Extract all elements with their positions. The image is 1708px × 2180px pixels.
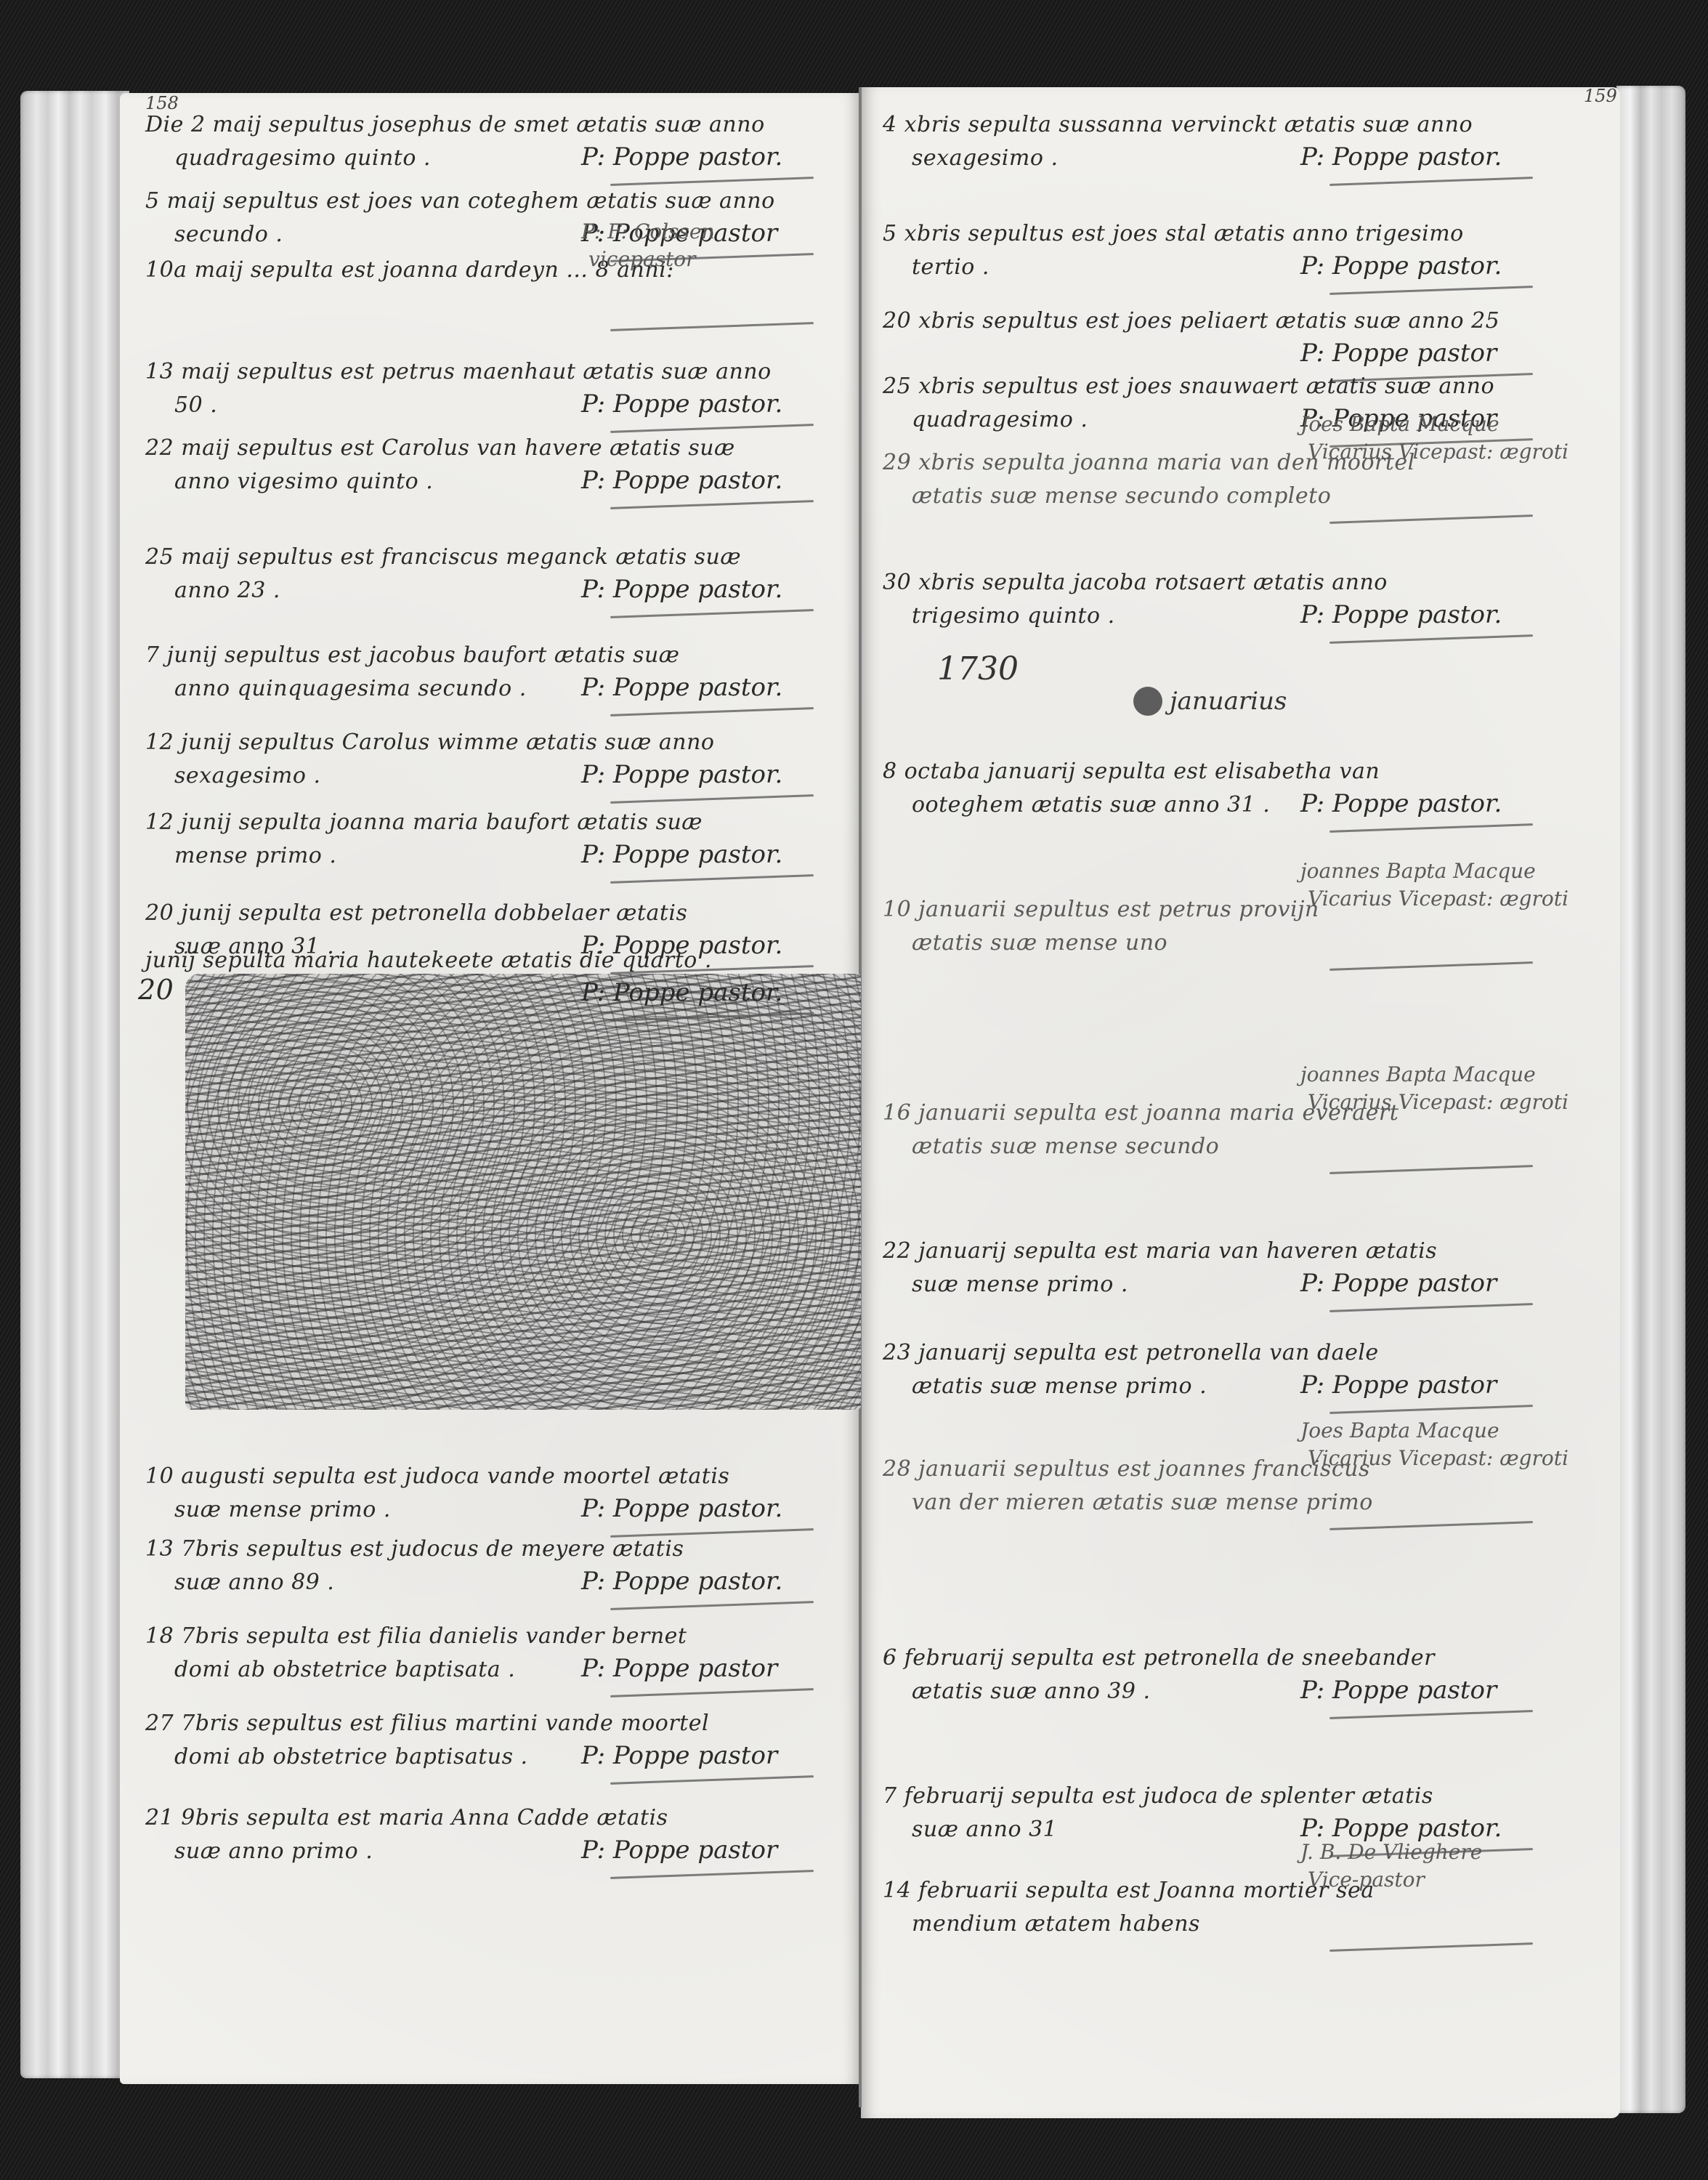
entry-line: ætatis suæ mense secundo [912,1131,1219,1163]
entry-line: 13 7bris sepultus est judocus de meyere … [145,1533,684,1565]
folio-number-right: 159 [1584,86,1617,106]
entry-line: 7 februarij sepulta est judoca de splent… [883,1780,1433,1812]
signature-role: Vicarius Vicepast: ægroti [1308,1445,1569,1472]
entry-line: Die 2 maij sepultus josephus de smet æta… [145,109,765,141]
entry-line: 10 januarii sepultus est petrus provijn [883,894,1319,926]
year-heading: 1730 [937,650,1019,687]
entry-signature: P: Poppe pastor [581,1836,777,1865]
entry-signature: P: Poppe pastor. [581,760,782,789]
crossed-out-entry-block [185,974,861,1410]
month-heading: januarius [1170,687,1287,716]
entry-line: suæ anno 31 [912,1814,1057,1846]
entry-line: 5 xbris sepultus est joes stal ætatis an… [883,218,1464,250]
entry-line: trigesimo quinto . [912,600,1115,632]
entry-line: suæ anno primo . [174,1836,373,1868]
entry-signature: P: Poppe pastor. [581,840,782,869]
entry-line: junij sepulta maria hautekeete ætatis di… [145,945,712,977]
entry-line: domi ab obstetrice baptisatus . [174,1741,528,1773]
entry-line: 12 junij sepulta joanna maria baufort æt… [145,807,703,839]
entry-line: ætatis suæ anno 39 . [912,1676,1151,1708]
entry-day-number: 20 [138,974,174,1006]
entry-signature: P: Poppe pastor. [1300,600,1502,629]
entry-signature: P: Poppe pastor. [1300,251,1502,280]
entry-signature: P: Poppe pastor. [581,1567,782,1596]
entry-line: sexagesimo . [912,142,1058,174]
entry-signature: P: Poppe pastor [1300,339,1497,368]
entry-line: 8 octaba januarij sepulta est elisabetha… [883,756,1380,788]
entry-line: 25 maij sepultus est franciscus meganck … [145,541,741,573]
entry-line: ætatis suæ mense uno [912,927,1167,959]
entry-line: 28 januarii sepultus est joannes francis… [883,1453,1370,1485]
entry-signature: joannes Bapta Macque [1300,857,1536,885]
entry-signature: P: Poppe pastor. [581,978,782,1007]
entry-line: 22 maij sepultus est Carolus van havere … [145,432,735,464]
entry-line: 6 februarij sepulta est petronella de sn… [883,1642,1435,1674]
entry-line: mendium ætatem habens [912,1908,1200,1940]
entry-line: quadragesimo . [912,404,1088,436]
entry-line: mense primo . [174,840,336,872]
entry-signature: P: Poppe pastor [1300,1676,1497,1705]
entry-line: 27 7bris sepultus est filius martini van… [145,1708,709,1740]
entry-signature: J. B. De Vlieghere [1300,1838,1482,1866]
entry-signature: P: Poppe pastor. [581,142,782,171]
entry-signature: P: Poppe pastor [1300,1269,1497,1298]
signature-role: Vicarius Vicepast: ægroti [1308,438,1569,466]
entry-line: van der mieren ætatis suæ mense primo [912,1487,1373,1519]
entry-line: 21 9bris sepulta est maria Anna Cadde æt… [145,1802,668,1834]
entry-line: domi ab obstetrice baptisata . [174,1654,515,1686]
entry-signature: P: Poppe pastor [581,1741,777,1770]
entry-line: 50 . [174,389,217,421]
entry-signature: P: Poppe pastor. [581,466,782,495]
entry-line: 4 xbris sepulta sussanna vervinckt ætati… [883,109,1473,141]
entry-line: suæ mense primo . [912,1269,1128,1301]
entry-signature: joannes Bapta Macque [1300,1061,1536,1089]
entry-line: 14 februarii sepulta est Joanna mortier … [883,1875,1375,1907]
entry-signature: P: Poppe pastor. [581,575,782,604]
entry-line: quadragesimo quinto . [174,142,431,174]
entry-line: 13 maij sepultus est petrus maenhaut æta… [145,356,772,388]
ink-blot [1133,687,1162,716]
entry-signature: P: Poppe pastor. [581,389,782,419]
entry-line: 23 januarij sepulta est petronella van d… [883,1337,1379,1369]
entry-line: suæ mense primo . [174,1494,391,1526]
entry-line: anno quinquagesima secundo . [174,673,527,705]
entry-line: 20 xbris sepultus est joes peliaert ætat… [883,305,1499,337]
signature-role: vicepastor [588,246,696,273]
entry-line: 18 7bris sepulta est filia danielis vand… [145,1620,687,1652]
entry-signature: P: Poppe pastor [581,1654,777,1683]
signature-role: Vicarius Vicepast: ægroti [1308,1089,1569,1116]
entry-signature: P: Poppe pastor. [581,673,782,702]
entry-line: anno 23 . [174,575,280,607]
entry-signature: Joes Bapta Macque [1300,1417,1499,1445]
entry-signature: P: F: Colssen [581,218,715,246]
entry-line: 30 xbris sepulta jacoba rotsaert ætatis … [883,567,1388,599]
entry-line: 20 junij sepulta est petronella dobbelae… [145,897,687,929]
signature-role: Vicarius Vicepast: ægroti [1308,885,1569,913]
entry-line: ooteghem ætatis suæ anno 31 . [912,789,1270,821]
entry-line: 10 augusti sepulta est judoca vande moor… [145,1461,729,1493]
entry-line: ætatis suæ mense secundo completo [912,480,1331,512]
entry-line: suæ anno 89 . [174,1567,334,1599]
entry-line: anno vigesimo quinto . [174,466,433,498]
book-page-edges-left [20,91,129,2078]
entry-signature: P: Poppe pastor. [1300,142,1502,171]
entry-line: 7 junij sepultus est jacobus baufort æta… [145,639,679,671]
entry-line: sexagesimo . [174,760,320,792]
entry-signature: P: Poppe pastor. [581,1494,782,1523]
entry-line: 22 januarij sepulta est maria van havere… [883,1235,1437,1267]
entry-line: secundo . [174,219,283,251]
entry-line: 25 xbris sepultus est joes snauwaert æta… [883,371,1494,403]
entry-line: ætatis suæ mense primo . [912,1370,1207,1402]
signature-role: Vice-pastor [1308,1866,1425,1894]
book-page-edges-right [1616,86,1685,2113]
entry-signature: P: Poppe pastor. [1300,789,1502,818]
entry-line: tertio . [912,251,989,283]
entry-signature: P: Poppe pastor [1300,1370,1497,1400]
entry-signature: Joes Bapta Macque [1300,411,1499,438]
entry-line: 5 maij sepultus est joes van coteghem æt… [145,185,775,217]
entry-line: 12 junij sepultus Carolus wimme ætatis s… [145,727,714,759]
